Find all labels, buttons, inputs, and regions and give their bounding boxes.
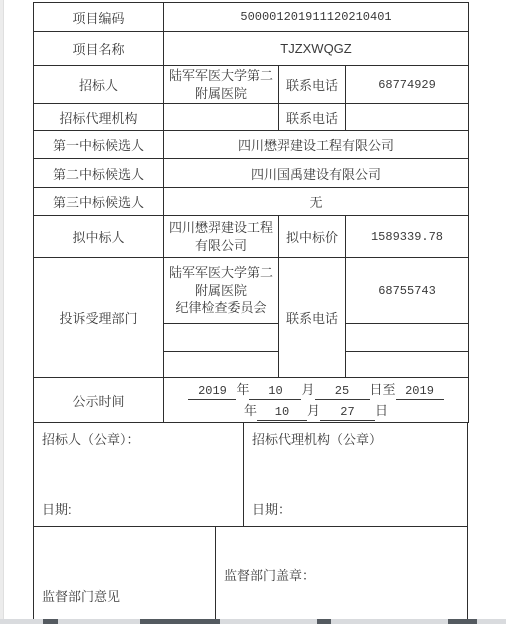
scrollbar-segment [140,619,220,624]
row-proposed-winner: 拟中标人 四川懋羿建设工程 有限公司 拟中标价 1589339.78 [34,216,469,258]
row-tenderer: 招标人 陆军军医大学第二 附属医院 联系电话 68774929 [34,66,469,104]
tenderer-phone-value: 68774929 [346,66,469,104]
agency-date-label: 日期： [252,499,459,518]
project-code-label: 项目编码 [34,3,164,32]
row-candidate-1: 第一中标候选人 四川懋羿建设工程有限公司 [34,131,469,159]
row-agency: 招标代理机构 联系电话 [34,104,469,131]
agency-stamp-cell: 招标代理机构（公章） 日期： [244,423,467,526]
row-project-name: 项目名称 TJZXWQGZ [34,32,469,66]
complaint-phone-value: 68755743 [346,258,469,324]
start-month-blank: 10 [249,385,301,400]
publicity-date-line-1: 2019年10月25日至2019 [166,379,466,400]
supervision-seal-label: 监督部门盖章： [224,565,459,584]
tenderer-date-label: 日期: [42,499,235,518]
end-month-blank: 10 [257,406,307,421]
publicity-table: 项目编码 500001201911120210401 项目名称 TJZXWQGZ… [33,2,469,423]
agency-name-cell [164,104,279,131]
agency-label: 招标代理机构 [34,104,164,131]
complaint-phone-label: 联系电话 [279,258,346,378]
agency-phone-label: 联系电话 [279,104,346,131]
proposed-winner-name: 四川懋羿建设工程 有限公司 [164,216,279,258]
row-candidate-2: 第二中标候选人 四川国禹建设有限公司 [34,159,469,188]
publicity-time-value: 2019年10月25日至2019 年10月27日 [164,378,469,423]
complaint-dept-label: 投诉受理部门 [34,258,164,378]
window-left-edge [0,0,4,624]
agency-phone-value [346,104,469,131]
agency-stamp-label: 招标代理机构（公章） [252,429,459,448]
row-stamps: 招标人（公章）： 日期: 招标代理机构（公章） 日期： [33,423,468,527]
complaint-phone-empty-cell [346,324,469,352]
scrollbar-segment [317,619,331,624]
complaint-phone-empty-cell [346,352,469,378]
complaint-empty-cell [164,352,279,378]
complaint-empty-cell [164,324,279,352]
start-year-blank: 2019 [188,385,236,400]
proposed-price-value: 1589339.78 [346,216,469,258]
row-candidate-3: 第三中标候选人 无 [34,188,469,216]
candidate3-value: 无 [164,188,469,216]
scrollbar-segment [43,619,58,624]
proposed-price-label: 拟中标价 [279,216,346,258]
row-project-code: 项目编码 500001201911120210401 [34,3,469,32]
tenderer-label: 招标人 [34,66,164,104]
publicity-form: 项目编码 500001201911120210401 项目名称 TJZXWQGZ… [33,2,468,622]
tenderer-name: 陆军军医大学第二 附属医院 [164,66,279,104]
horizontal-scrollbar-track[interactable] [0,619,506,624]
row-publicity-time: 公示时间 2019年10月25日至2019 年10月27日 [34,378,469,423]
proposed-winner-label: 拟中标人 [34,216,164,258]
publicity-date-line-2: 年10月27日 [166,400,466,421]
row-supervision: 监督部门意见 监督部门盖章： [33,527,468,622]
supervision-opinion-cell: 监督部门意见 [34,527,216,621]
tenderer-stamp-label: 招标人（公章）： [42,429,235,448]
project-name-label: 项目名称 [34,32,164,66]
publicity-time-label: 公示时间 [34,378,164,423]
scrollbar-segment [448,619,477,624]
end-year-blank: 2019 [396,385,444,400]
candidate3-label: 第三中标候选人 [34,188,164,216]
supervision-seal-cell: 监督部门盖章： [216,527,467,621]
end-day-blank: 27 [320,406,375,421]
start-day-blank: 25 [315,385,370,400]
candidate1-value: 四川懋羿建设工程有限公司 [164,131,469,159]
candidate1-label: 第一中标候选人 [34,131,164,159]
candidate2-label: 第二中标候选人 [34,159,164,188]
complaint-dept-name: 陆军军医大学第二 附属医院 纪律检查委员会 [164,258,279,324]
project-code-value: 500001201911120210401 [164,3,469,32]
project-name-value: TJZXWQGZ [164,32,469,66]
tenderer-stamp-cell: 招标人（公章）： 日期: [34,423,244,526]
supervision-opinion-label: 监督部门意见 [42,586,207,605]
tenderer-phone-label: 联系电话 [279,66,346,104]
row-complaint-dept: 投诉受理部门 陆军军医大学第二 附属医院 纪律检查委员会 联系电话 687557… [34,258,469,324]
candidate2-value: 四川国禹建设有限公司 [164,159,469,188]
